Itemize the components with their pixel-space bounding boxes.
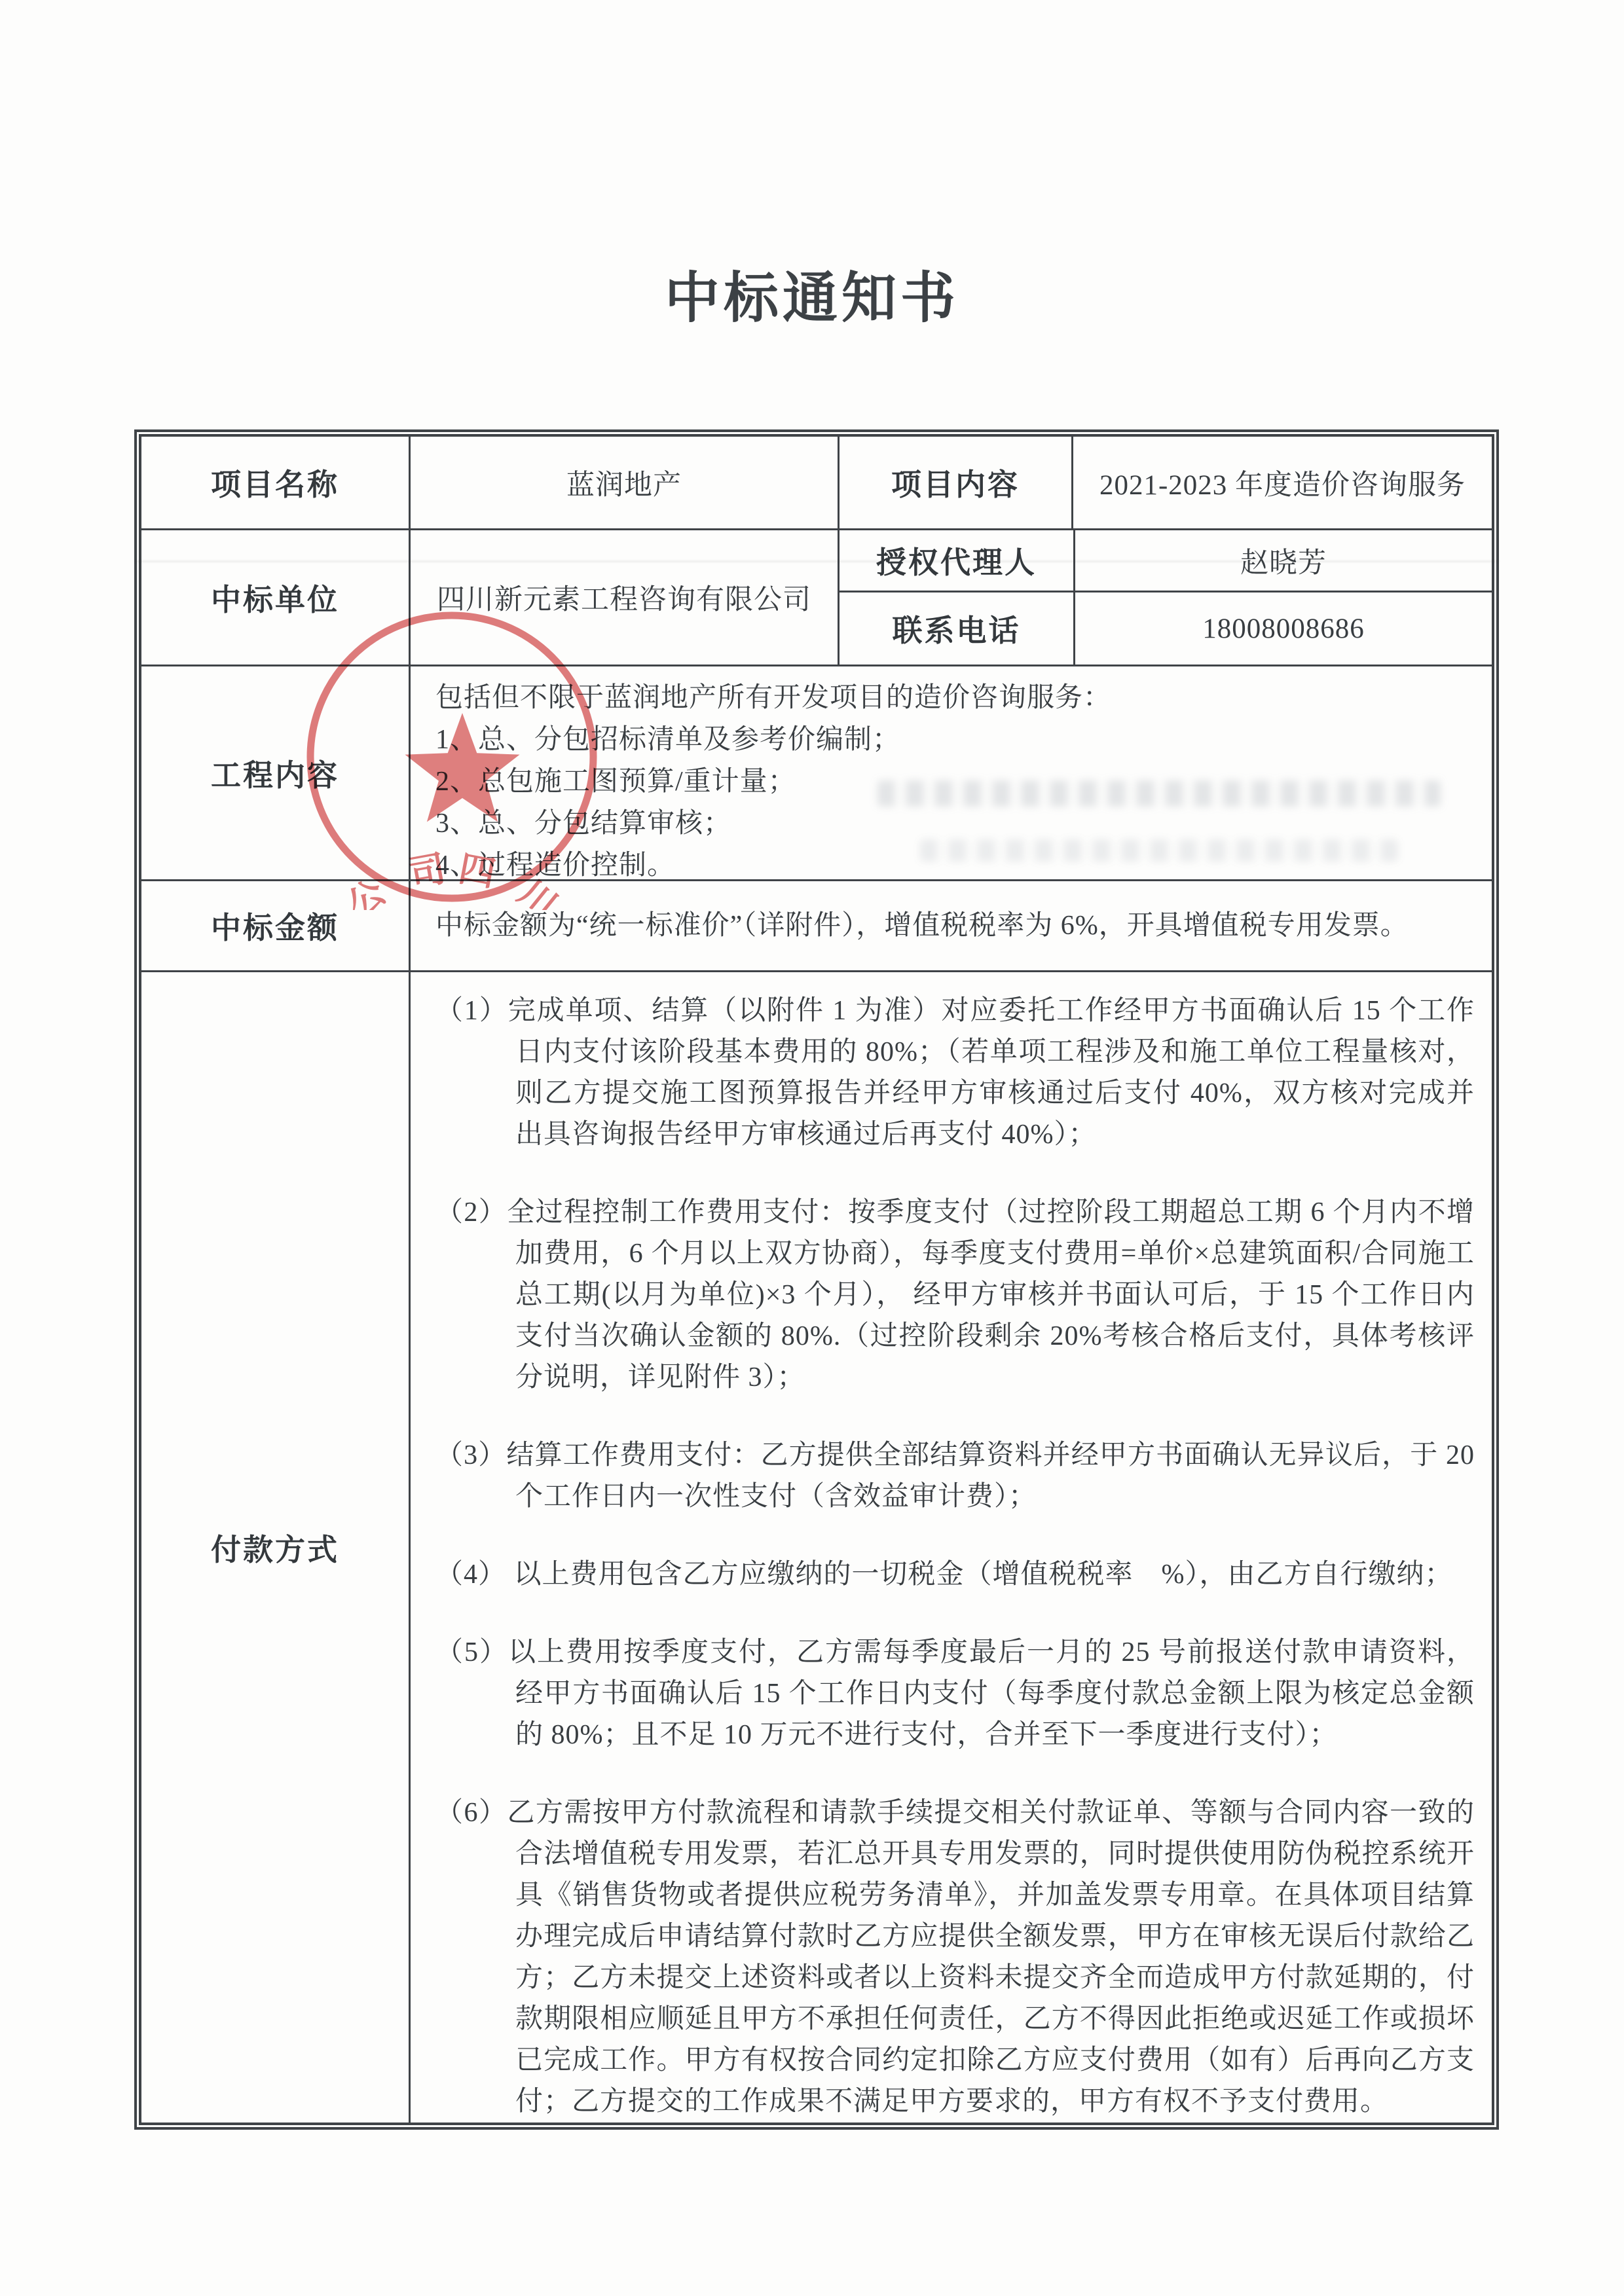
engineering-content-item: 4、过程造价控制。 bbox=[435, 845, 1475, 886]
payment-term-item: （3）结算工作费用支付：乙方提供全部结算资料并经甲方书面确认无异议后，于 20 … bbox=[435, 1435, 1475, 1518]
engineering-content-intro: 包括但不限于蓝润地产所有开发项目的造价咨询服务： bbox=[435, 677, 1475, 719]
table-row: 授权代理人 赵晓芳 bbox=[840, 530, 1492, 591]
table-row: 付款方式 （1）完成单项、结算（以附件 1 为准）对应委托工作经甲方书面确认后 … bbox=[141, 970, 1492, 2123]
project-name-value: 蓝润地产 bbox=[409, 437, 838, 528]
row2-right-subtable: 授权代理人 赵晓芳 联系电话 18008008686 bbox=[838, 530, 1492, 665]
table-row: 项目名称 蓝润地产 项目内容 2021-2023 年度造价咨询服务 bbox=[141, 437, 1492, 528]
scanned-document-page: 中标通知书 项目名称 蓝润地产 项目内容 2021-2023 年度造价咨询服务 … bbox=[0, 0, 1624, 2296]
award-notice-table: 项目名称 蓝润地产 项目内容 2021-2023 年度造价咨询服务 中标单位 四… bbox=[134, 429, 1499, 2130]
project-content-label: 项目内容 bbox=[838, 437, 1071, 528]
project-name-label: 项目名称 bbox=[141, 437, 409, 528]
engineering-content-item: 1、总、分包招标清单及参考价编制； bbox=[435, 719, 1475, 761]
payment-method-label: 付款方式 bbox=[141, 972, 409, 2123]
table-row: 中标单位 四川新元素工程咨询有限公司 授权代理人 赵晓芳 联系电话 180080… bbox=[141, 528, 1492, 665]
winning-unit-value: 四川新元素工程咨询有限公司 bbox=[409, 530, 838, 665]
page-title: 中标通知书 bbox=[0, 254, 1624, 333]
table-row: 中标金额 中标金额为“统一标准价”（详附件），增值税税率为 6%，开具增值税专用… bbox=[141, 879, 1492, 970]
payment-term-item: （6）乙方需按甲方付款流程和请款手续提交相关付款证单、等额与合同内容一致的合法增… bbox=[435, 1793, 1475, 2123]
award-amount-value: 中标金额为“统一标准价”（详附件），增值税税率为 6%，开具增值税专用发票。 bbox=[409, 881, 1492, 970]
engineering-content-item: 3、总、分包结算审核； bbox=[435, 803, 1475, 845]
table-row: 工程内容 包括但不限于蓝润地产所有开发项目的造价咨询服务： 1、总、分包招标清单… bbox=[141, 665, 1492, 879]
authorized-agent-label: 授权代理人 bbox=[840, 530, 1073, 591]
engineering-content-list: 1、总、分包招标清单及参考价编制；2、总包施工图预算/重计量；3、总、分包结算审… bbox=[435, 719, 1475, 886]
payment-method-cell: （1）完成单项、结算（以附件 1 为准）对应委托工作经甲方书面确认后 15 个工… bbox=[409, 972, 1492, 2123]
authorized-agent-value: 赵晓芳 bbox=[1073, 530, 1492, 591]
payment-term-item: （2）全过程控制工作费用支付：按季度支付（过控阶段工期超总工期 6 个月内不增加… bbox=[435, 1192, 1475, 1398]
contact-phone-label: 联系电话 bbox=[840, 592, 1073, 665]
engineering-content-item: 2、总包施工图预算/重计量； bbox=[435, 761, 1475, 803]
payment-terms-list: （1）完成单项、结算（以附件 1 为准）对应委托工作经甲方书面确认后 15 个工… bbox=[435, 991, 1475, 2123]
payment-term-item: （1）完成单项、结算（以附件 1 为准）对应委托工作经甲方书面确认后 15 个工… bbox=[435, 991, 1475, 1156]
contact-phone-value: 18008008686 bbox=[1073, 592, 1492, 665]
payment-term-item: （5）以上费用按季度支付，乙方需每季度最后一月的 25 号前报送付款申请资料，经… bbox=[435, 1632, 1475, 1756]
award-amount-label: 中标金额 bbox=[141, 881, 409, 970]
table-row: 联系电话 18008008686 bbox=[840, 591, 1492, 665]
winning-unit-label: 中标单位 bbox=[141, 530, 409, 665]
project-content-value: 2021-2023 年度造价咨询服务 bbox=[1071, 437, 1492, 528]
engineering-content-label: 工程内容 bbox=[141, 666, 409, 879]
payment-term-item: （4） 以上费用包含乙方应缴纳的一切税金（增值税税率 %），由乙方自行缴纳； bbox=[435, 1554, 1475, 1595]
engineering-content-cell: 包括但不限于蓝润地产所有开发项目的造价咨询服务： 1、总、分包招标清单及参考价编… bbox=[409, 666, 1492, 879]
